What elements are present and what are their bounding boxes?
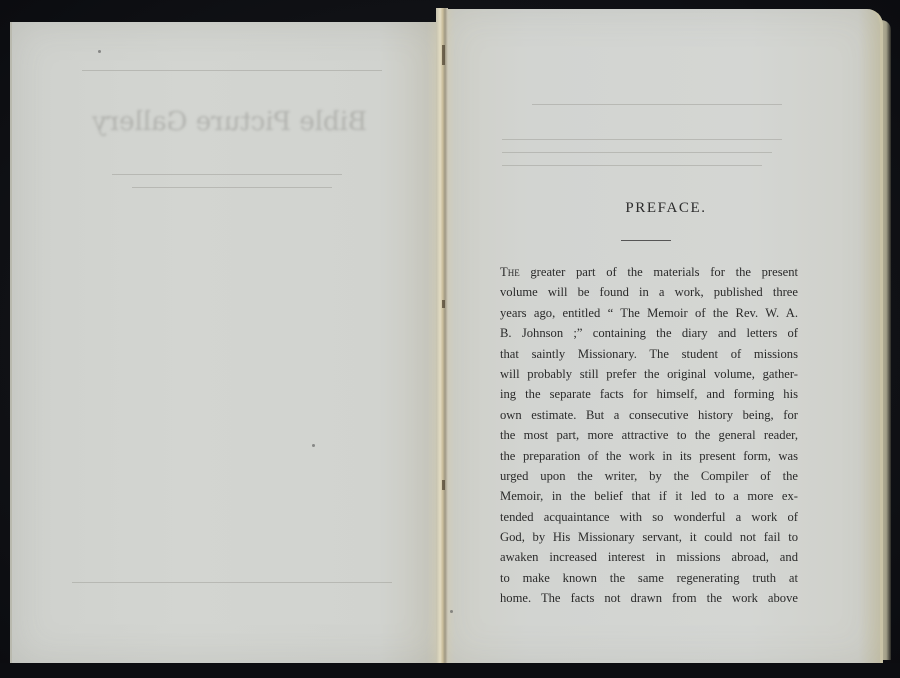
- right-page-ghost-line: [532, 104, 782, 105]
- paper-speck: [98, 50, 101, 53]
- text-line-1: The greater part of the materials for th…: [500, 262, 798, 282]
- heading-rule: [621, 240, 671, 241]
- text-line-4: B. Johnson ;” containing the diary and l…: [500, 323, 798, 343]
- paper-speck-3: [450, 610, 453, 613]
- text-line-10: the preparation of the work in its prese…: [500, 446, 798, 466]
- drop-word: The: [500, 265, 520, 279]
- left-page: Bible Picture Gallery: [10, 22, 444, 665]
- left-page-ghost-rule-2: [112, 174, 342, 175]
- spine-tear-mark-2: [442, 300, 445, 308]
- text-line-13: tended acquaintance with so wonderful a …: [500, 507, 798, 527]
- table-background: [0, 663, 900, 678]
- preface-heading: PREFACE.: [452, 200, 880, 217]
- book-spine-gutter: [436, 8, 448, 668]
- text-line-6: will probably still prefer the original …: [500, 364, 798, 384]
- text-line-17: home. The facts not drawn from the work …: [500, 588, 798, 608]
- open-book-photo: Bible Picture Gallery PREFACE. The great…: [0, 0, 900, 678]
- spine-tear-mark: [442, 45, 445, 65]
- text-line-9: the most part, more attractive to the ge…: [500, 425, 798, 445]
- left-page-ghost-rule-3: [132, 187, 332, 188]
- text-line-15: awaken increased interest in missions ab…: [500, 547, 798, 567]
- right-page-ghost-line-3: [502, 152, 772, 153]
- text-line-8: own estimate. But a consecutive history …: [500, 405, 798, 425]
- text-line-16: to make known the same regenerating trut…: [500, 568, 798, 588]
- right-page-ghost-line-4: [502, 165, 762, 166]
- text-line-14: God, by His Missionary servant, it could…: [500, 527, 798, 547]
- spine-tear-mark-3: [442, 480, 445, 490]
- left-page-bottom-rule: [72, 582, 392, 583]
- text-line-12: Memoir, in the belief that if it led to …: [500, 486, 798, 506]
- text-line-2: volume will be found in a work, publishe…: [500, 282, 798, 302]
- left-page-ghost-rule: [82, 70, 382, 71]
- preface-body-text: The greater part of the materials for th…: [500, 262, 798, 609]
- text-line-1-rest: greater part of the materials for the pr…: [520, 265, 798, 279]
- paper-speck-2: [312, 444, 315, 447]
- text-line-7: ing the separate facts for himself, and …: [500, 384, 798, 404]
- text-line-11: urged upon the writer, by the Compiler o…: [500, 466, 798, 486]
- text-line-3: years ago, entitled “ The Memoir of the …: [500, 303, 798, 323]
- left-page-ghost-title: Bible Picture Gallery: [92, 107, 367, 137]
- text-line-5: that saintly Missionary. The student of …: [500, 344, 798, 364]
- right-page-ghost-line-2: [502, 139, 782, 140]
